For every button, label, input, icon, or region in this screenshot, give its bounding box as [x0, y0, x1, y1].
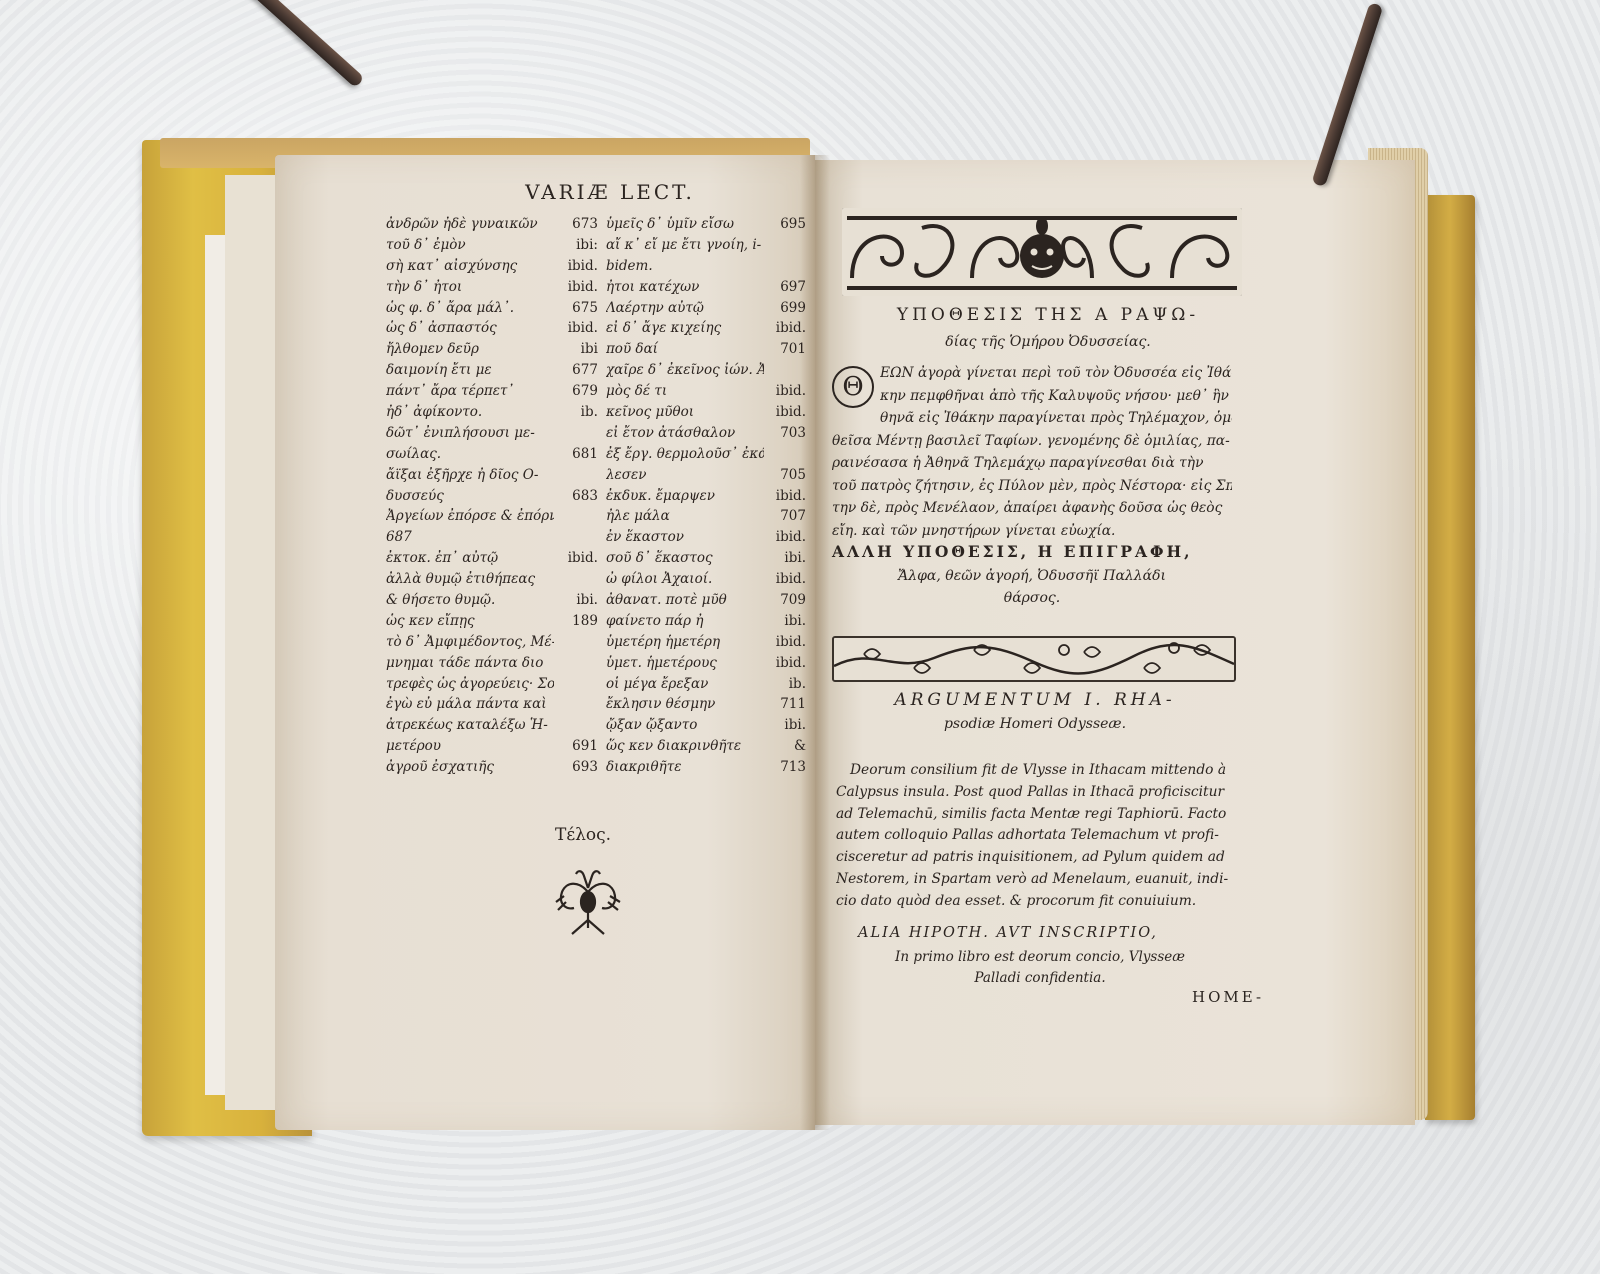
reading-a: ἀγροῦ ἐσχατιῆς — [386, 759, 554, 775]
variant-reading-row: ἠδ᾽ ἀφίκοντο.ib.κεῖνος μῦθοιibid. — [386, 404, 806, 425]
reading-a-ref: 673 — [554, 216, 606, 232]
reading-b: ἐκδυκ. ἔμαρψεν — [606, 488, 764, 504]
reading-a: σωίλας. — [386, 446, 554, 462]
reading-b: εἰ ἔτον ἀτάσθαλον — [606, 425, 764, 441]
reading-b: ᾤξαν ᾤξαντο — [606, 717, 764, 733]
text-line: Palladi confidentia. — [840, 968, 1240, 989]
reading-a: τὴν δ᾽ ἦτοι — [386, 279, 554, 295]
variant-reading-row: & θήσετο θυμῷ.ibi.ἀθανατ. ποτὲ μῦθ709 — [386, 592, 806, 613]
reading-b: αἴ κ᾽ εἴ με ἔτι γνοίη, i- — [606, 237, 764, 253]
text-line: εἴη. καὶ τῶν μνηστήρων γίνεται εὐωχία. — [832, 520, 1232, 543]
reading-b: μὸς δέ τι — [606, 383, 764, 399]
dropcap-initial: Θ — [832, 366, 874, 408]
reading-b: εἰ δ᾽ ἄγε κιχείης — [606, 320, 764, 336]
reading-b: σοῦ δ᾽ ἕκαστος — [606, 550, 764, 566]
variant-reading-row: σωίλας.681ἐξ ἔργ. θερμολοῦσ᾽ ἐκά- — [386, 446, 806, 467]
holding-rod-left — [184, 0, 364, 88]
reading-a-ref: ib. — [554, 404, 606, 420]
argumentum-title: ARGUMENTUM I. RHA- — [840, 690, 1230, 710]
reading-a-ref: 683 — [554, 488, 606, 504]
variant-reading-row: δυσσεύς683ἐκδυκ. ἔμαρψενibid. — [386, 488, 806, 509]
text-line: Calypsus insula. Post quod Pallas in Ith… — [836, 782, 1236, 804]
ornamental-headpiece-icon — [842, 208, 1242, 296]
variant-reading-row: ὧς κεν εἴπῃς189φαίνετο πάρ ἦibi. — [386, 613, 806, 634]
variant-reading-row: ἐκτοκ. ἐπ᾽ αὐτῷibid.σοῦ δ᾽ ἕκαστοςibi. — [386, 550, 806, 571]
reading-b-ref: ib. — [764, 676, 806, 692]
text-line: In primo libro est deorum concio, Vlysse… — [840, 947, 1240, 968]
reading-b: ὦ φίλοι Ἀχαιοί. — [606, 571, 764, 587]
reading-a: ἀνδρῶν ἠδὲ γυναικῶν — [386, 216, 554, 232]
running-head: VARIÆ LECT. — [500, 180, 720, 204]
reading-a: 687 — [386, 529, 554, 545]
ornamental-vine-border-icon — [832, 636, 1236, 682]
variant-reading-row: τὸ δ᾽ Ἀμφιμέδοντος, Μέ-ὑμετέρη ἡμετέρηib… — [386, 634, 806, 655]
text-line: Nestorem, in Spartam verò ad Menelaum, e… — [836, 869, 1236, 891]
reading-b-ref: ibid. — [764, 529, 806, 545]
alternate-hypothesis-title: ΑΛΛΗ ΥΠΟΘΕΣΙΣ, Η ΕΠΙΓΡΑΦΗ, — [832, 542, 1232, 561]
reading-b: ὑμεῖς δ᾽ ὑμῖν εἴσω — [606, 216, 764, 232]
reading-b: λεσεν — [606, 467, 764, 483]
reading-b: ποῦ δαί — [606, 341, 764, 357]
reading-b: χαῖρε δ᾽ ἐκεῖνος ἰών. Ἀυ- — [606, 362, 764, 378]
reading-b-ref: 703 — [764, 425, 806, 441]
text-line: θεῖσα Μέντῃ βασιλεῖ Ταφίων. γενομένης δὲ… — [832, 430, 1232, 453]
reading-a-ref: ibi: — [554, 237, 606, 253]
variant-reading-row: ὧς φ. δ᾽ ἄρα μάλ᾽.675Λαέρτην αὐτῷ699 — [386, 300, 806, 321]
reading-b-ref: ibid. — [764, 404, 806, 420]
reading-b-ref: ibid. — [764, 320, 806, 336]
reading-b-ref: 711 — [764, 696, 806, 712]
text-line: τοῦ πατρὸς ζήτησιν, ἐς Πύλον μὲν, πρὸς Ν… — [832, 475, 1232, 498]
reading-a-ref: ibid. — [554, 279, 606, 295]
alia-hypothesis-title: ALIA HIPOTH. AVT INSCRIPTIO, — [858, 925, 1238, 941]
text-line: Ἄλφα, θεῶν ἀγορή, Ὀδυσσῆϊ Παλλάδι — [832, 565, 1232, 587]
reading-a: Ἀργείων ἐπόρσε & ἐπόρνυε — [386, 508, 554, 524]
reading-b: ὥς κεν διακρινθῆτε — [606, 738, 764, 754]
alternate-hypothesis-verse: Ἄλφα, θεῶν ἀγορή, Ὀδυσσῆϊ Παλλάδι θάρσος… — [832, 565, 1232, 609]
reading-a-ref: 693 — [554, 759, 606, 775]
text-line: ad Telemachū, similis facta Mentæ regi T… — [836, 804, 1236, 826]
variant-reading-row: τὴν δ᾽ ἦτοιibid.ἦτοι κατέχων697 — [386, 279, 806, 300]
reading-a: δυσσεύς — [386, 488, 554, 504]
variant-reading-row: ἤλθομεν δεῦρibiποῦ δαί701 — [386, 341, 806, 362]
reading-b: ἀθανατ. ποτὲ μῦθ — [606, 592, 764, 608]
catchword: HOME- — [1192, 988, 1264, 1006]
reading-b-ref: 713 — [764, 759, 806, 775]
reading-a: ἀλλὰ θυμῷ ἐτιθήπεας — [386, 571, 554, 587]
variant-reading-row: ἄϊξαι ἐξῆρχε ἦ δῖος Ο-λεσεν705 — [386, 467, 806, 488]
reading-a-ref: 681 — [554, 446, 606, 462]
reading-a: ἀτρεκέως καταλέξω Ἡ- — [386, 717, 554, 733]
variant-reading-row: τρεφὲς ὡς ἀγορεύεις· Σοὶ δ᾽οἱ μέγα ἔρεξα… — [386, 676, 806, 697]
reading-b: bidem. — [606, 258, 764, 274]
reading-a-ref: ibi. — [554, 592, 606, 608]
reading-a-ref: ibi — [554, 341, 606, 357]
reading-b: ἔκλησιν θέσμην — [606, 696, 764, 712]
reading-b: ἦτοι κατέχων — [606, 279, 764, 295]
reading-a: πάντ᾽ ἄρα τέρπετ᾽ — [386, 383, 554, 399]
reading-b: φαίνετο πάρ ἦ — [606, 613, 764, 629]
variant-reading-row: ἐγὼ εὖ μάλα πάντα καὶἔκλησιν θέσμην711 — [386, 696, 806, 717]
variant-reading-row: τοῦ δ᾽ ἐμὸνibi:αἴ κ᾽ εἴ με ἔτι γνοίη, i- — [386, 237, 806, 258]
greek-hypothesis-subtitle: δίας τῆς Ὁμήρου Ὀδυσσείας. — [858, 334, 1238, 350]
reading-a: σὴ κατ᾽ αἰσχύνσης — [386, 258, 554, 274]
latin-argumentum-text: Deorum consilium fit de Vlysse in Ithaca… — [836, 760, 1236, 913]
reading-a: ἐκτοκ. ἐπ᾽ αὐτῷ — [386, 550, 554, 566]
reading-b-ref: ibid. — [764, 488, 806, 504]
reading-b: ἐξ ἔργ. θερμολοῦσ᾽ ἐκά- — [606, 446, 764, 462]
reading-a: & θήσετο θυμῷ. — [386, 592, 554, 608]
reading-b: Λαέρτην αὐτῷ — [606, 300, 764, 316]
variant-reading-row: μετέρου691ὥς κεν διακρινθῆτε& — [386, 738, 806, 759]
reading-a-ref: ibid. — [554, 258, 606, 274]
alia-hypothesis-text: In primo libro est deorum concio, Vlysse… — [840, 947, 1240, 989]
reading-a: δαιμονίη ἔτι με — [386, 362, 554, 378]
reading-a: τοῦ δ᾽ ἐμὸν — [386, 237, 554, 253]
reading-a-ref: ibid. — [554, 320, 606, 336]
reading-a: μνημαι τάδε πάντα διο — [386, 655, 554, 671]
variant-reading-row: ἀγροῦ ἐσχατιῆς693διακριθῆτε713 — [386, 759, 806, 780]
variant-reading-row: ἀτρεκέως καταλέξω Ἡ-ᾤξαν ᾤξαντοibi. — [386, 717, 806, 738]
text-line: cio dato quòd dea esset. & procorum fit … — [836, 891, 1236, 913]
reading-b-ref: 705 — [764, 467, 806, 483]
text-line: την δὲ, πρὸς Μενέλαον, ἀπαίρει ἀφανὴς δο… — [832, 497, 1232, 520]
reading-a-ref: 675 — [554, 300, 606, 316]
reading-b-ref: 697 — [764, 279, 806, 295]
reading-b-ref: ibid. — [764, 383, 806, 399]
reading-a: ἐγὼ εὖ μάλα πάντα καὶ — [386, 696, 554, 712]
reading-b: ἐν ἕκαστον — [606, 529, 764, 545]
reading-a: ἠδ᾽ ἀφίκοντο. — [386, 404, 554, 420]
variant-reading-row: ἀλλὰ θυμῷ ἐτιθήπεαςὦ φίλοι Ἀχαιοί.ibid. — [386, 571, 806, 592]
text-line: ραινέσασα ἡ Ἀθηνᾶ Τηλεμάχῳ παραγίνεσθαι … — [832, 452, 1232, 475]
greek-hypothesis-title: ΥΠΟΘΕΣΙΣ ΤΗΣ Α ΡΑΨΩ- — [858, 305, 1238, 325]
reading-b-ref: ibi. — [764, 550, 806, 566]
reading-a: ὧς κεν εἴπῃς — [386, 613, 554, 629]
reading-a: τρεφὲς ὡς ἀγορεύεις· Σοὶ δ᾽ — [386, 676, 554, 692]
variant-reading-row: Ἀργείων ἐπόρσε & ἐπόρνυεἦλε μάλα707 — [386, 508, 806, 529]
reading-a: ἤλθομεν δεῦρ — [386, 341, 554, 357]
reading-b-ref: ibid. — [764, 634, 806, 650]
reading-b-ref: 695 — [764, 216, 806, 232]
reading-a: ὧς φ. δ᾽ ἄρα μάλ᾽. — [386, 300, 554, 316]
colophon-telos: Τέλος. — [555, 825, 611, 845]
reading-b: ὑμετέρη ἡμετέρη — [606, 634, 764, 650]
text-line: Deorum consilium fit de Vlysse in Ithaca… — [836, 760, 1236, 782]
double-headed-eagle-icon — [548, 862, 628, 942]
reading-a: ἄϊξαι ἐξῆρχε ἦ δῖος Ο- — [386, 467, 554, 483]
reading-a: μετέρου — [386, 738, 554, 754]
text-line: θάρσος. — [832, 587, 1232, 609]
greek-hypothesis-text: Θ ΕΩΝ ἀγορὰ γίνεται περὶ τοῦ τὸν Ὀδυσσέα… — [832, 362, 1232, 542]
reading-a-ref: 679 — [554, 383, 606, 399]
reading-b: ἦλε μάλα — [606, 508, 764, 524]
variant-reading-row: ἀνδρῶν ἠδὲ γυναικῶν673ὑμεῖς δ᾽ ὑμῖν εἴσω… — [386, 216, 806, 237]
book-cover-right — [1425, 195, 1475, 1120]
variant-reading-row: πάντ᾽ ἄρα τέρπετ᾽679μὸς δέ τιibid. — [386, 383, 806, 404]
variant-reading-row: μνημαι τάδε πάντα διοὑμετ. ἡμετέρουςibid… — [386, 655, 806, 676]
reading-b-ref: 709 — [764, 592, 806, 608]
variant-reading-row: δῶτ᾽ ἐνιπλήσουσι με-εἰ ἔτον ἀτάσθαλον703 — [386, 425, 806, 446]
variant-reading-row: 687ἐν ἕκαστονibid. — [386, 529, 806, 550]
reading-b-ref: 701 — [764, 341, 806, 357]
reading-a-ref: 189 — [554, 613, 606, 629]
argumentum-subtitle: psodiæ Homeri Odysseæ. — [840, 716, 1230, 732]
text-line: θηνᾶ εἰς Ἰθάκην παραγίνεται πρὸς Τηλέμαχ… — [880, 407, 1232, 430]
text-line: ΕΩΝ ἀγορὰ γίνεται περὶ τοῦ τὸν Ὀδυσσέα ε… — [880, 362, 1232, 385]
reading-b-ref: ibid. — [764, 655, 806, 671]
reading-b-ref: ibid. — [764, 571, 806, 587]
reading-a-ref: ibid. — [554, 550, 606, 566]
reading-a-ref: 691 — [554, 738, 606, 754]
variant-reading-row: ὡς δ᾽ ἀσπαστόςibid.εἰ δ᾽ ἄγε κιχείηςibid… — [386, 320, 806, 341]
reading-a: ὡς δ᾽ ἀσπαστός — [386, 320, 554, 336]
text-line: cisceretur ad patris inquisitionem, ad P… — [836, 847, 1236, 869]
reading-b: διακριθῆτε — [606, 759, 764, 775]
reading-a: δῶτ᾽ ἐνιπλήσουσι με- — [386, 425, 554, 441]
text-line: κην πεμφθῆναι ἀπὸ τῆς Καλυψοῦς νήσου· με… — [880, 385, 1232, 408]
reading-a-ref: 677 — [554, 362, 606, 378]
reading-b: κεῖνος μῦθοι — [606, 404, 764, 420]
reading-b: οἱ μέγα ἔρεξαν — [606, 676, 764, 692]
reading-b-ref: & — [764, 738, 806, 754]
reading-b-ref: 699 — [764, 300, 806, 316]
variant-reading-row: δαιμονίη ἔτι με677χαῖρε δ᾽ ἐκεῖνος ἰών. … — [386, 362, 806, 383]
reading-b-ref: ibi. — [764, 717, 806, 733]
variant-reading-row: σὴ κατ᾽ αἰσχύνσηςibid.bidem. — [386, 258, 806, 279]
variant-readings-table: ἀνδρῶν ἠδὲ γυναικῶν673ὑμεῖς δ᾽ ὑμῖν εἴσω… — [386, 216, 806, 780]
reading-b-ref: ibi. — [764, 613, 806, 629]
reading-b: ὑμετ. ἡμετέρους — [606, 655, 764, 671]
reading-b-ref: 707 — [764, 508, 806, 524]
reading-a: τὸ δ᾽ Ἀμφιμέδοντος, Μέ- — [386, 634, 554, 650]
text-line: autem colloquio Pallas adhortata Telemac… — [836, 825, 1236, 847]
